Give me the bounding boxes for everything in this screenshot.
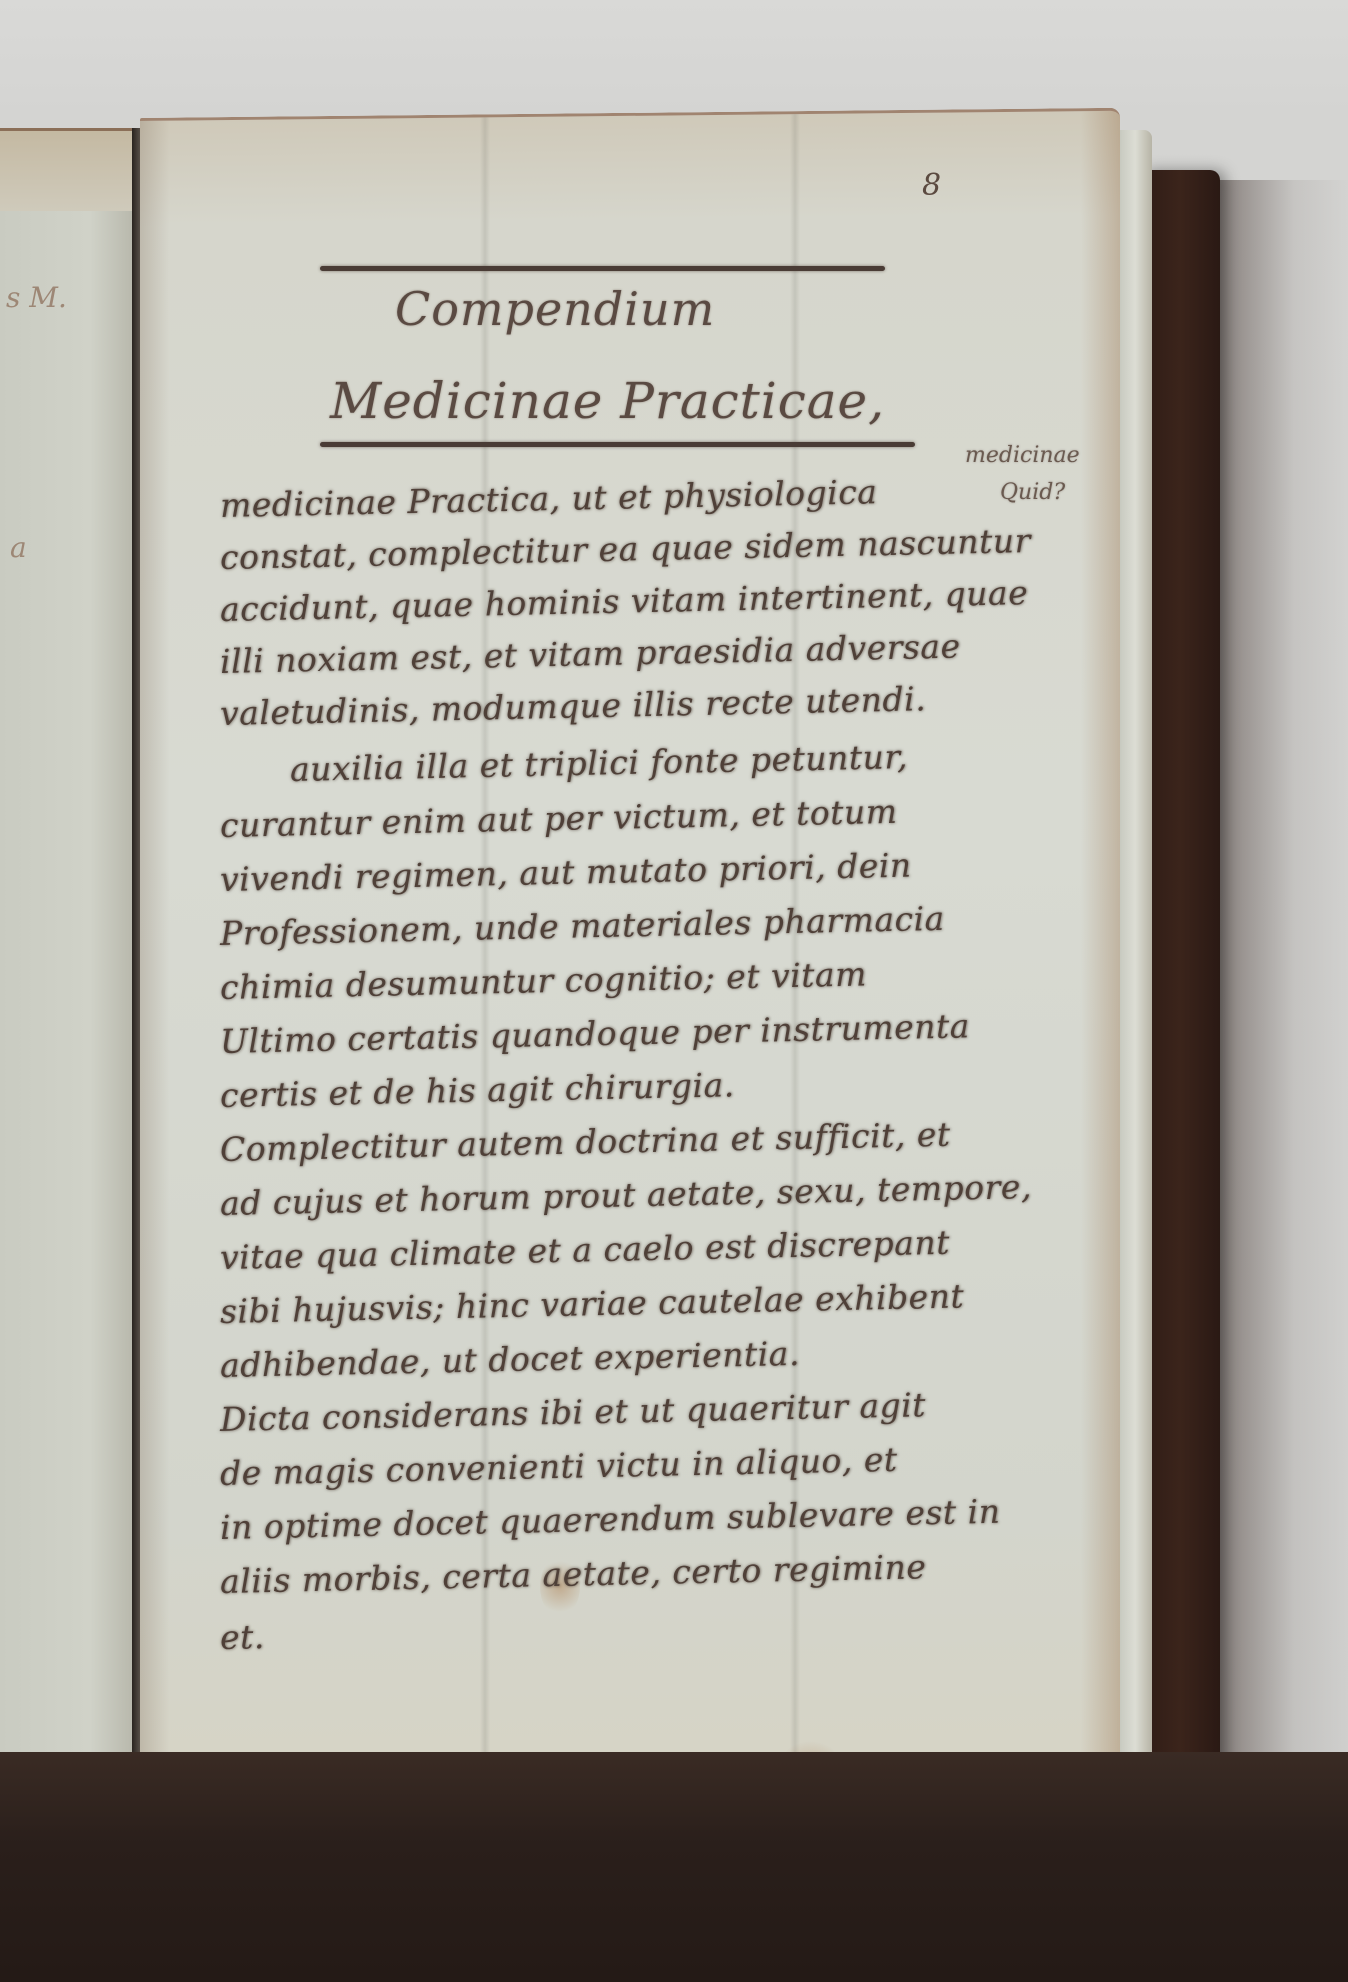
margin-note: medicinae [965,443,1080,468]
left-page-fragment: s M. [6,281,67,314]
left-page-fragment: a [10,531,27,564]
title-medicinae-practicae: Medicinae Practicae, [330,372,885,430]
title-rule-bottom [320,442,915,447]
book-back-cover [1140,170,1220,1870]
title-rule-top [320,266,885,271]
left-page-top-band [0,131,142,211]
book-photograph: s M. a 8 Compendium Medicinae Practicae,… [0,0,1348,1982]
left-page: s M. a [0,128,150,1871]
text-line: et. [220,1617,266,1657]
dark-surface [0,1752,1348,1982]
title-compendium: Compendium [395,282,715,336]
folio-number: 8 [922,168,941,203]
book-shadow [1210,180,1348,1880]
margin-note: Quid? [1000,480,1065,505]
